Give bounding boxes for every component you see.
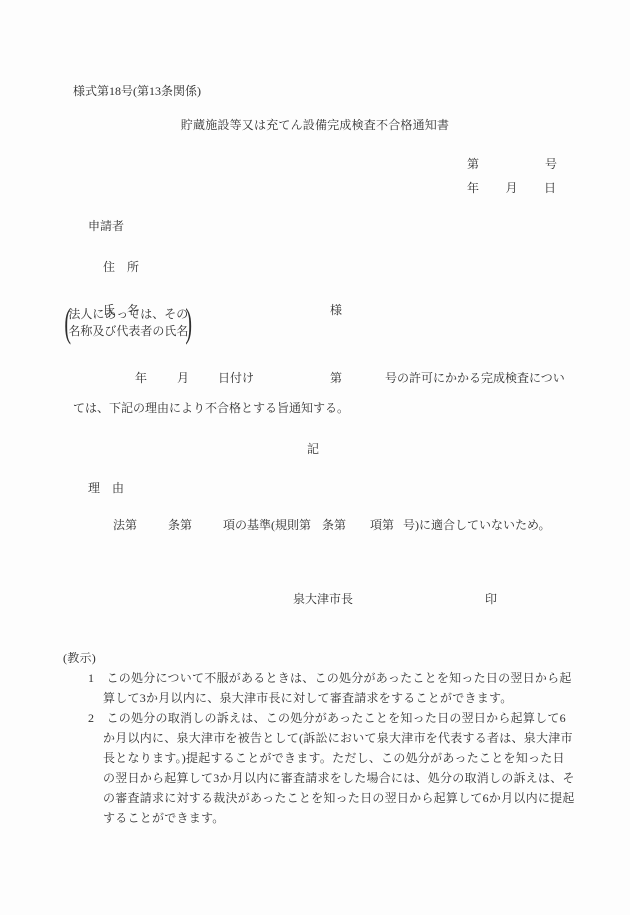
kyoji-instructions-section: (教示) 1 この処分について不服があるときは、この処分があったことを知った日の… (0, 648, 630, 828)
kyoji-item1-line1: 1 この処分について不服があるときは、この処分があったことを知った日の翌日から起 (88, 668, 630, 688)
left-parenthesis: ( (64, 304, 71, 342)
date-month-label: 月 (505, 181, 517, 195)
statute-rule-article-label: 条第 (322, 518, 346, 532)
statute-article-label: 条第 (168, 518, 192, 532)
doc-number-suffix: 号 (545, 157, 557, 171)
kyoji-item2-line6: することができます。 (103, 808, 630, 828)
statute-law-label: 法第 (113, 518, 137, 532)
statute-paragraph-label: 項の基準(規則第 (223, 518, 311, 532)
corporate-name-note: ( 法人にあっては、その 名称及び代表者の氏名 ) (61, 304, 196, 342)
kyoji-item2-line3: 長となります。)提起することができます。ただし、この処分があったことを知った日 (103, 748, 630, 768)
honorific-sama: 様 (330, 303, 342, 317)
ki-heading: 記 (0, 442, 626, 456)
statute-rule-paragraph-label: 項第 (370, 518, 394, 532)
date-header-line: 年 月 日 (467, 181, 556, 195)
corporate-note-text: 法人にあっては、その 名称及び代表者の氏名 (68, 306, 188, 340)
date-year-label: 年 (467, 181, 479, 195)
kyoji-item2-line1: 2 この処分の取消しの訴えは、この処分があったことを知った日の翌日から起算して6 (88, 708, 630, 728)
kyoji-item1-line2: 算して3か月以内に、泉大津市長に対して審査請求をすることができます。 (103, 688, 630, 708)
permit-line-text: 号の許可にかかる完成検査につい (385, 371, 565, 385)
kyoji-item2-line4: の翌日から起算して3か月以内に審査請求をした場合には、処分の取消しの訴えは、そ (103, 768, 630, 788)
permit-number-prefix: 第 (330, 371, 342, 385)
document-title: 貯蔵施設等又は充てん設備完成検査不合格通知書 (0, 118, 630, 132)
kyoji-item2-line5: の審査請求に対する裁決があったことを知った日の翌日から起算して6か月以内に提起 (103, 788, 630, 808)
reason-statute-line: 法第 条第 項の基準(規則第 条第 項第 号)に適合していないため。 (0, 518, 630, 534)
body-permit-date-line: 年 月 日付け 第 号の許可にかかる完成検査につい (0, 371, 630, 387)
date-day-label: 日 (544, 181, 556, 195)
seal-mark: 印 (485, 592, 497, 606)
applicant-label: 申請者 (88, 219, 124, 233)
permit-month-label: 月 (177, 371, 189, 385)
mayor-signature-label: 泉大津市長 (293, 592, 353, 606)
statute-item-label: 号)に適合していないため。 (403, 518, 551, 532)
corporate-note-line1: 法人にあっては、その (68, 306, 188, 323)
permit-year-label: 年 (135, 371, 147, 385)
kyoji-heading: (教示) (63, 648, 630, 668)
notice-document-page: 様式第18号(第13条関係) 貯蔵施設等又は充てん設備完成検査不合格通知書 第 … (0, 0, 630, 915)
document-number-line: 第 号 (467, 157, 557, 171)
applicant-address-label: 住 所 (103, 260, 139, 274)
form-number-label: 様式第18号(第13条関係) (73, 84, 201, 98)
permit-day-label: 日付け (218, 371, 254, 385)
right-parenthesis: ) (186, 304, 193, 342)
body-notice-line: ては、下記の理由により不合格とする旨通知する。 (73, 401, 349, 415)
reason-label: 理 由 (88, 481, 124, 495)
kyoji-item2-line2: か月以内に、泉大津市を被告として(訴訟において泉大津市を代表する者は、泉大津市 (103, 728, 630, 748)
corporate-note-line2: 名称及び代表者の氏名 (68, 323, 188, 340)
doc-number-prefix: 第 (467, 157, 479, 171)
